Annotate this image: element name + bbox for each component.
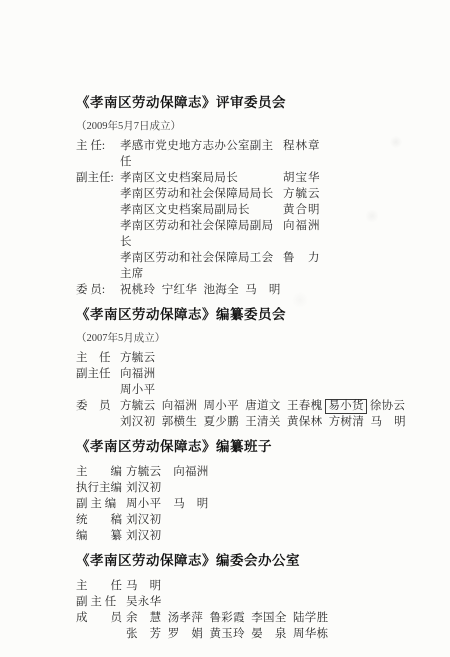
section-editorial-team: 《孝南区劳动保障志》编纂班子 主 编 方毓云 向福洲 执行主编 刘汉初 副 主 … xyxy=(76,440,410,544)
committee-row: 孝南区劳动和社会保障局副局长 向福洲 xyxy=(76,218,410,250)
committee-row: 主 任 马 明 xyxy=(76,578,410,594)
member-names-part: 徐协云 xyxy=(370,400,405,412)
committee-row: 副主任: 孝南区文史档案局局长 胡宝华 xyxy=(76,170,410,186)
person-name: 刘汉初 xyxy=(126,528,161,544)
person-name: 马 明 xyxy=(126,578,161,594)
founded-date: （2009年5月7日成立） xyxy=(76,120,410,133)
member-names: 刘汉初 郭横生 夏少鹏 王清关 黄保林 方树清 马 明 xyxy=(120,414,406,430)
members-row: 成 员 余 慧 汤孝萍 鲁彩霞 李国全 陆学胜 xyxy=(76,610,410,626)
member-names-part: 方毓云 向福洲 周小平 唐道文 王春槐 xyxy=(120,400,322,412)
role-label: 委 员 xyxy=(76,398,116,414)
committee-row: 周小平 xyxy=(76,382,410,398)
section-title: 《孝南区劳动保障志》编纂班子 xyxy=(76,440,410,454)
committee-row: 孝南区劳动和社会保障局工会主席 鲁 力 xyxy=(76,250,410,282)
role-label: 成 员 xyxy=(76,610,122,626)
committee-row: 统 稿 刘汉初 xyxy=(76,512,410,528)
members-row: 委 员 方毓云 向福洲 周小平 唐道文 王春槐易小货徐协云 xyxy=(76,398,410,414)
person-name: 周小平 马 明 xyxy=(126,496,209,512)
position-title: 孝南区文史档案局局长 xyxy=(120,170,283,186)
role-label: 委 员: xyxy=(76,282,120,298)
section-title: 《孝南区劳动保障志》编委会办公室 xyxy=(76,554,410,568)
committee-row: 执行主编 刘汉初 xyxy=(76,480,410,496)
members-row: 委 员: 祝桃玲 宁红华 池海全 马 明 xyxy=(76,282,410,298)
role-label: 主 编 xyxy=(76,464,122,480)
person-name: 向福洲 xyxy=(283,218,321,234)
members-row: 张 芳 罗 娟 黄玉玲 晏 泉 周华栋 xyxy=(76,626,410,642)
position-title: 孝感市党史地方志办公室副主任 xyxy=(120,138,283,170)
person-name: 胡宝华 xyxy=(283,170,321,186)
committee-row: 副 主 编 周小平 马 明 xyxy=(76,496,410,512)
person-name: 刘汉初 xyxy=(126,512,161,528)
role-label: 主 任 xyxy=(76,350,116,366)
committee-row: 副主任 向福洲 xyxy=(76,366,410,382)
person-name: 方毓云 xyxy=(120,350,155,366)
person-name: 周小平 xyxy=(120,382,155,398)
committee-row: 副 主 任 吴永华 xyxy=(76,594,410,610)
section-title: 《孝南区劳动保障志》编纂委员会 xyxy=(76,308,410,322)
person-name: 方毓云 向福洲 xyxy=(126,464,209,480)
person-name: 向福洲 xyxy=(120,366,155,382)
committee-row: 孝南区文史档案局副局长 黄合明 xyxy=(76,202,410,218)
person-name: 刘汉初 xyxy=(126,480,161,496)
highlighted-name: 易小货 xyxy=(325,399,366,414)
section-title: 《孝南区劳动保障志》评审委员会 xyxy=(76,96,410,110)
person-name: 吴永华 xyxy=(126,594,161,610)
role-label: 副主任: xyxy=(76,170,120,186)
role-label: 执行主编 xyxy=(76,480,122,496)
section-compilation-committee: 《孝南区劳动保障志》编纂委员会 （2007年5月成立） 主 任 方毓云 副主任 … xyxy=(76,308,410,430)
member-names: 方毓云 向福洲 周小平 唐道文 王春槐易小货徐协云 xyxy=(120,398,405,414)
committee-row: 编 纂 刘汉初 xyxy=(76,528,410,544)
member-names: 余 慧 汤孝萍 鲁彩霞 李国全 陆学胜 xyxy=(126,610,328,626)
committee-row: 孝南区劳动和社会保障局局长 方毓云 xyxy=(76,186,410,202)
member-names: 张 芳 罗 娟 黄玉玲 晏 泉 周华栋 xyxy=(126,626,328,642)
role-label: 副主任 xyxy=(76,366,116,382)
committee-row: 主 编 方毓云 向福洲 xyxy=(76,464,410,480)
section-editorial-office: 《孝南区劳动保障志》编委会办公室 主 任 马 明 副 主 任 吴永华 成 员 余… xyxy=(76,554,410,642)
person-name: 程林章 xyxy=(283,138,321,154)
role-label: 编 纂 xyxy=(76,528,122,544)
role-label: 副 主 编 xyxy=(76,496,122,512)
member-names: 祝桃玲 宁红华 池海全 马 明 xyxy=(120,282,281,298)
section-review-committee: 《孝南区劳动保障志》评审委员会 （2009年5月7日成立） 主 任: 孝感市党史… xyxy=(76,96,410,298)
role-label: 主 任 xyxy=(76,578,122,594)
position-title: 孝南区劳动和社会保障局工会主席 xyxy=(120,250,283,282)
role-label: 副 主 任 xyxy=(76,594,122,610)
person-name: 黄合明 xyxy=(283,202,321,218)
role-label: 统 稿 xyxy=(76,512,122,528)
role-label: 主 任: xyxy=(76,138,120,154)
person-name: 方毓云 xyxy=(283,186,321,202)
members-row: 刘汉初 郭横生 夏少鹏 王清关 黄保林 方树清 马 明 xyxy=(76,414,410,430)
position-title: 孝南区劳动和社会保障局局长 xyxy=(120,186,283,202)
committee-row: 主 任 方毓云 xyxy=(76,350,410,366)
scanned-document-page: 《孝南区劳动保障志》评审委员会 （2009年5月7日成立） 主 任: 孝感市党史… xyxy=(0,0,450,657)
committee-row: 主 任: 孝感市党史地方志办公室副主任 程林章 xyxy=(76,138,410,170)
position-title: 孝南区劳动和社会保障局副局长 xyxy=(120,218,283,250)
person-name: 鲁 力 xyxy=(283,250,321,266)
position-title: 孝南区文史档案局副局长 xyxy=(120,202,283,218)
founded-date: （2007年5月成立） xyxy=(76,332,410,345)
